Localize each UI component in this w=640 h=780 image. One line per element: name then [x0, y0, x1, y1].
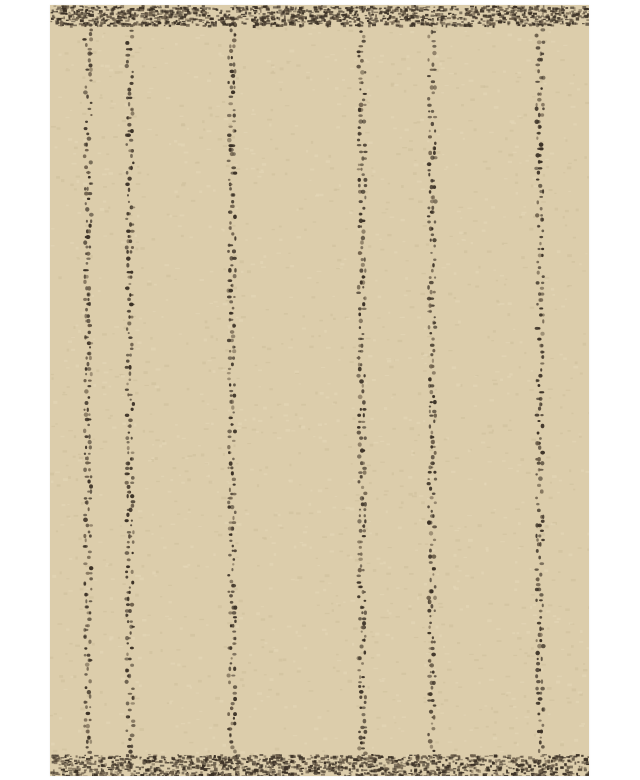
rug-pattern: [50, 5, 589, 776]
rug-image: [50, 5, 589, 776]
